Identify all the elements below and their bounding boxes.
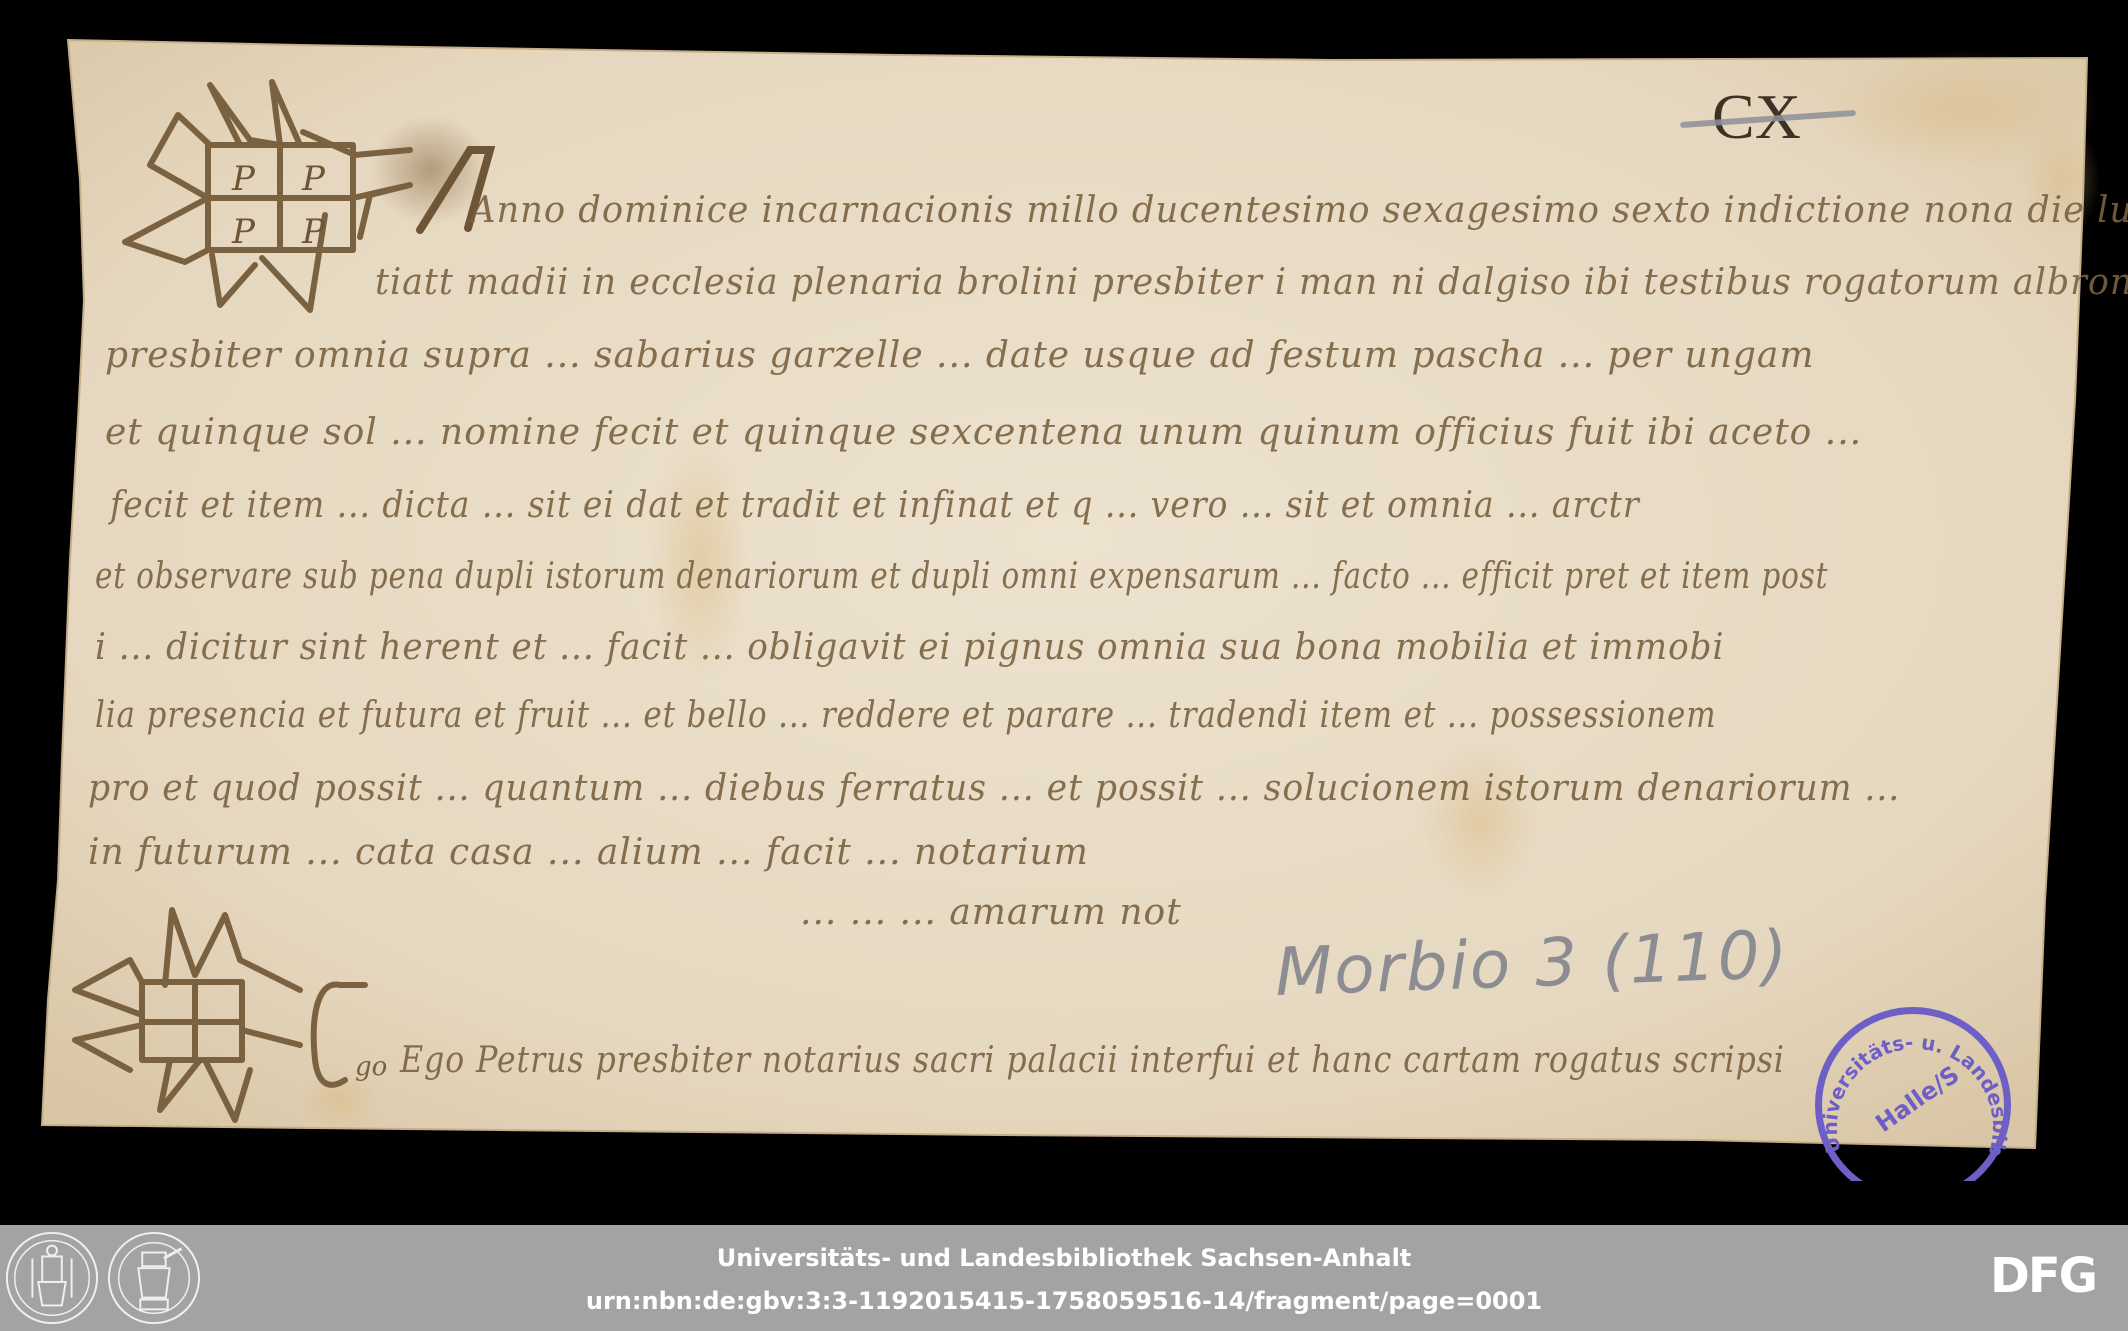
- manuscript-line-5: fecit et item ... dicta ... sit ei dat e…: [110, 485, 1640, 526]
- footer-bar: [0, 1225, 2128, 1331]
- manuscript-line-2: tiatt madii in ecclesia plenaria brolini…: [375, 262, 2128, 303]
- manuscript-line-3: presbiter omnia supra ... sabarius garze…: [105, 335, 1815, 376]
- manuscript-line-8: lia presencia et futura et fruit ... et …: [95, 695, 1716, 736]
- manuscript-line-10: in futurum ... cata casa ... alium ... f…: [88, 832, 1089, 873]
- manuscript-line-1: Anno dominice incarnacionis millo ducent…: [470, 190, 2128, 231]
- manuscript-line-7: i ... dicitur sint herent et ... facit .…: [95, 627, 1724, 668]
- dfg-logo-icon: DFG: [1990, 1252, 2112, 1294]
- svg-text:P: P: [301, 159, 326, 199]
- svg-text:go: go: [355, 1052, 387, 1082]
- footer-urn-link[interactable]: urn:nbn:de:gbv:3:3-1192015415-1758059516…: [0, 1287, 2128, 1315]
- svg-text:P: P: [231, 212, 256, 252]
- svg-text:P: P: [301, 212, 326, 252]
- manuscript-line-6: et observare sub pena dupli istorum dena…: [95, 556, 1828, 597]
- footer-institution-name: Universitäts- und Landesbibliothek Sachs…: [0, 1244, 2128, 1272]
- notary-subscription: Ego Petrus presbiter notarius sacri pala…: [400, 1040, 1785, 1081]
- manuscript-line-4: et quinque sol ... nomine fecit et quinq…: [105, 412, 1862, 453]
- manuscript-line-9: pro et quod possit ... quantum ... diebu…: [88, 768, 1900, 809]
- manuscript-line-11: ... ... ... amarum not: [800, 892, 1182, 933]
- svg-text:DFG: DFG: [1990, 1252, 2096, 1294]
- svg-text:Universitäts- u. Landesbibliot: Universitäts- u. Landesbibliothek: [1815, 1007, 2011, 1159]
- image-viewer: P P P P go Anno dominice incarnacionis m…: [0, 0, 2128, 1225]
- svg-text:P: P: [231, 159, 256, 199]
